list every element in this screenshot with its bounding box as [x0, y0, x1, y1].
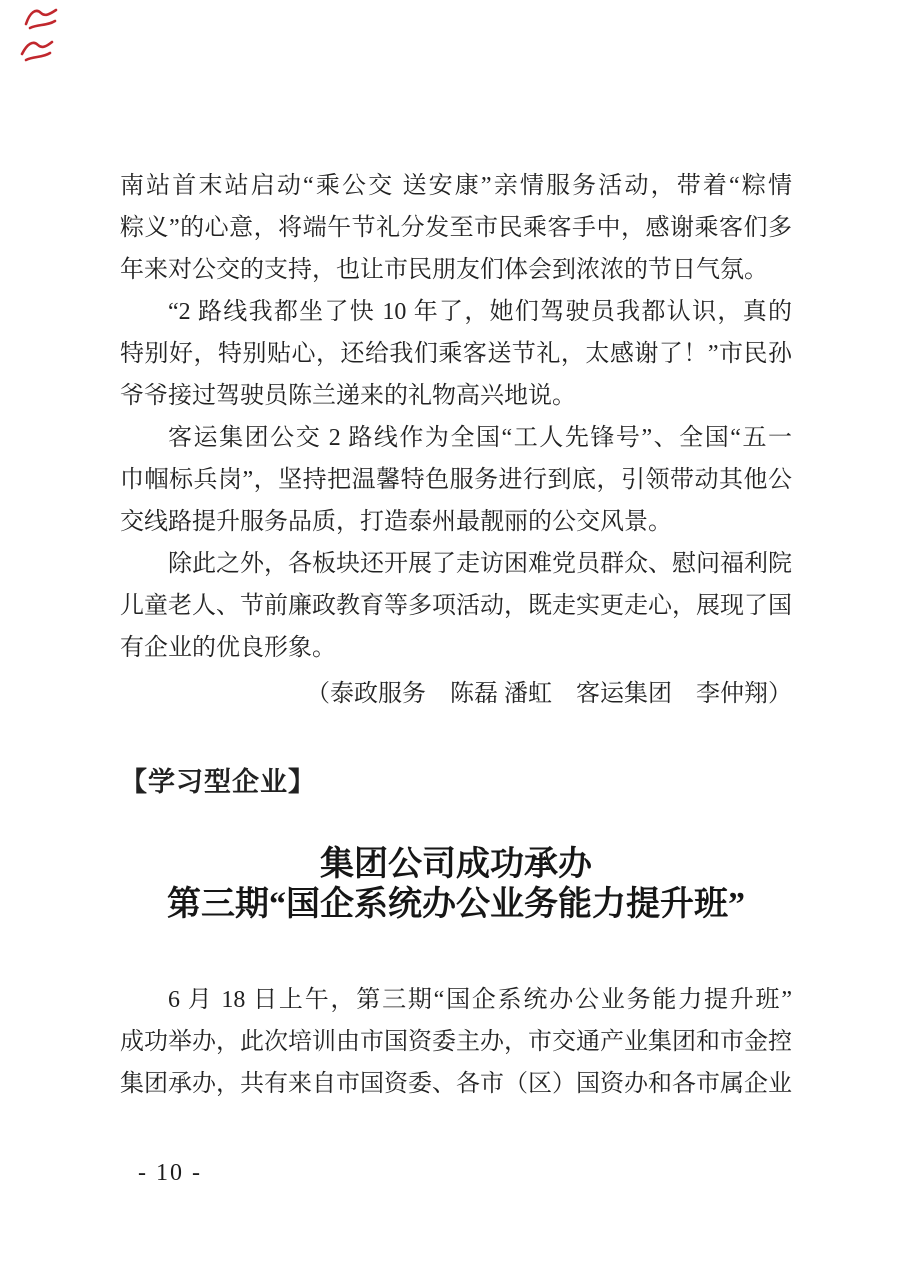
previous-article-body: 南站首末站启动“乘公交 送安康”亲情服务活动，带着“粽情 粽义”的心意，将端午节…	[120, 165, 792, 669]
body-text-line: 南站首末站启动“乘公交 送安康”亲情服务活动，带着“粽情	[120, 165, 792, 207]
section-label: 【学习型企业】	[120, 761, 792, 803]
body-text-line: 粽义”的心意，将端午节礼分发至市民乘客手中，感谢乘客们多	[120, 207, 792, 249]
red-pen-mark-icon	[14, 2, 74, 68]
body-text-line: “2 路线我都坐了快 10 年了，她们驾驶员我都认识，真的	[120, 291, 792, 333]
body-text-line: 有企业的优良形象。	[120, 627, 792, 669]
article-attribution: （泰政服务 陈磊 潘虹 客运集团 李仲翔）	[120, 673, 792, 715]
body-text-line: 交线路提升服务品质，打造泰州最靓丽的公交风景。	[120, 501, 792, 543]
body-text-line: 集团承办，共有来自市国资委、各市（区）国资办和各市属企业	[120, 1063, 792, 1105]
body-text-line: 除此之外，各板块还开展了走访困难党员群众、慰问福利院	[120, 543, 792, 585]
article-title-line-2: 第三期“国企系统办公业务能力提升班”	[120, 885, 792, 925]
body-text-line: 爷爷接过驾驶员陈兰递来的礼物高兴地说。	[120, 375, 792, 417]
article-title: 集团公司成功承办 第三期“国企系统办公业务能力提升班”	[120, 845, 792, 925]
body-text-line: 巾帼标兵岗”，坚持把温馨特色服务进行到底，引领带动其他公	[120, 459, 792, 501]
body-text-line: 儿童老人、节前廉政教育等多项活动，既走实更走心，展现了国	[120, 585, 792, 627]
article-title-line-1: 集团公司成功承办	[120, 845, 792, 885]
body-text-line: 特别好，特别贴心，还给我们乘客送节礼，太感谢了！”市民孙	[120, 333, 792, 375]
body-text-line: 客运集团公交 2 路线作为全国“工人先锋号”、全国“五一	[120, 417, 792, 459]
body-text-line: 成功举办，此次培训由市国资委主办，市交通产业集团和市金控	[120, 1021, 792, 1063]
page-number: - 10 -	[138, 1158, 202, 1188]
document-page: 南站首末站启动“乘公交 送安康”亲情服务活动，带着“粽情 粽义”的心意，将端午节…	[0, 0, 900, 1273]
next-article-body: 6 月 18 日上午，第三期“国企系统办公业务能力提升班” 成功举办，此次培训由…	[120, 979, 792, 1105]
body-text-line: 6 月 18 日上午，第三期“国企系统办公业务能力提升班”	[120, 979, 792, 1021]
body-text-line: 年来对公交的支持，也让市民朋友们体会到浓浓的节日气氛。	[120, 249, 792, 291]
